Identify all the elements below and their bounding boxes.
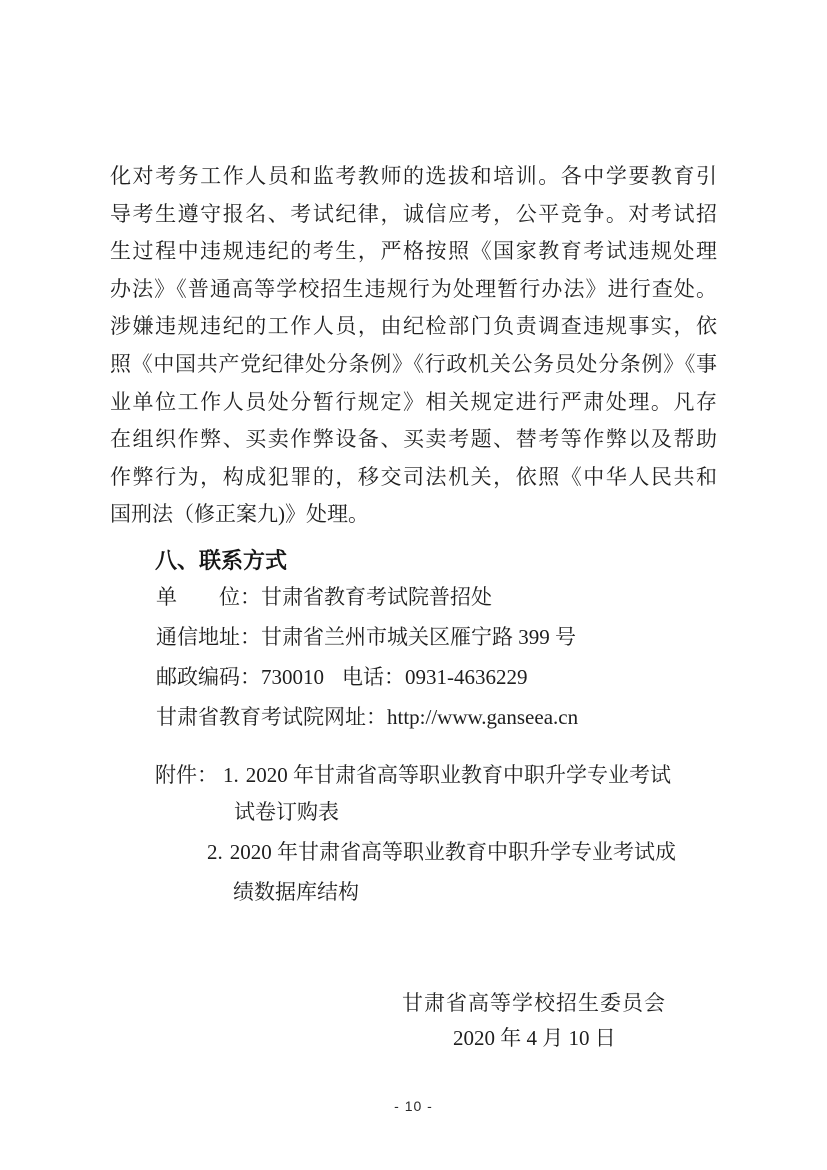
contact-label: 电话： [342, 665, 405, 689]
paragraph-line: 照《中国共产党纪律处分条例》《行政机关公务员处分条例》《事 [110, 346, 717, 384]
contact-label: 通信地址： [156, 625, 261, 649]
contact-value: 730010 [261, 665, 324, 689]
body-paragraph: 化对考务工作人员和监考教师的选拔和培训。各中学要教育引 导考生遵守报名、考试纪律… [110, 158, 717, 534]
contact-row-postal-phone: 邮政编码：730010电话：0931-4636229 [156, 657, 528, 697]
attachment-item-number: 2. [207, 840, 223, 864]
attachment-item-2-line-1: 2.2020 年甘肃省高等职业教育中职升学专业考试成 [207, 833, 676, 871]
paragraph-line: 作弊行为，构成犯罪的，移交司法机关，依照《中华人民共和 [110, 459, 717, 497]
contact-row-unit: 单 位：甘肃省教育考试院普招处 [156, 577, 492, 617]
signature-date: 2020 年 4 月 10 日 [453, 1019, 616, 1057]
contact-row-address: 通信地址：甘肃省兰州市城关区雁宁路 399 号 [156, 617, 576, 657]
paragraph-line: 业单位工作人员处分暂行规定》相关规定进行严肃处理。凡存 [110, 384, 717, 422]
attachment-item-text: 试卷订购表 [234, 800, 339, 824]
attachment-label: 附件： [155, 763, 218, 787]
document-page: 化对考务工作人员和监考教师的选拔和培训。各中学要教育引 导考生遵守报名、考试纪律… [0, 0, 827, 1170]
paragraph-line: 涉嫌违规违纪的工作人员，由纪检部门负责调查违规事实，依 [110, 308, 717, 346]
contact-value: 甘肃省教育考试院普招处 [261, 585, 492, 609]
section-heading: 八、联系方式 [155, 542, 287, 580]
attachment-item-2-line-2: 绩数据库结构 [233, 873, 359, 911]
paragraph-line: 化对考务工作人员和监考教师的选拔和培训。各中学要教育引 [110, 158, 717, 196]
contact-label: 单 位： [156, 585, 261, 609]
attachment-item-text: 2020 年甘肃省高等职业教育中职升学专业考试成 [230, 840, 676, 864]
paragraph-line: 在组织作弊、买卖作弊设备、买卖考题、替考等作弊以及帮助 [110, 421, 717, 459]
attachment-item-number: 1. [223, 763, 239, 787]
contact-label: 邮政编码： [156, 665, 261, 689]
paragraph-line: 办法》《普通高等学校招生违规行为处理暂行办法》进行查处。 [110, 271, 717, 309]
attachment-item-1-line-2: 试卷订购表 [234, 793, 339, 831]
page-number: - 10 - [0, 1098, 827, 1114]
website-url: http://www.ganseea.cn [387, 705, 578, 729]
paragraph-line: 生过程中违规违纪的考生，严格按照《国家教育考试违规处理 [110, 233, 717, 271]
attachment-item-1-line-1: 附件：1.2020 年甘肃省高等职业教育中职升学专业考试 [155, 756, 671, 794]
paragraph-line: 导考生遵守报名、考试纪律，诚信应考，公平竞争。对考试招 [110, 196, 717, 234]
signature-organization: 甘肃省高等学校招生委员会 [402, 984, 666, 1022]
attachment-item-text: 绩数据库结构 [233, 880, 359, 904]
paragraph-line: 国刑法（修正案九)》处理。 [110, 496, 717, 534]
contact-value: 0931-4636229 [405, 665, 528, 689]
attachment-item-text: 2020 年甘肃省高等职业教育中职升学专业考试 [246, 763, 671, 787]
contact-value: 甘肃省兰州市城关区雁宁路 399 号 [261, 625, 576, 649]
contact-label: 甘肃省教育考试院网址： [156, 705, 387, 729]
contact-row-website: 甘肃省教育考试院网址：http://www.ganseea.cn [156, 697, 578, 737]
